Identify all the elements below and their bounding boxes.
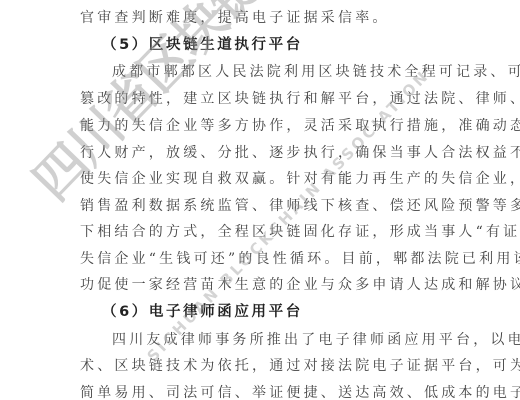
- paragraph-line: 功促使一家经营苗木生意的企业与众多申请人达成和解协议。: [80, 276, 442, 294]
- paragraph-line: 使失信企业实现自救双赢。针对有能力再生产的失信企业，通过企业: [80, 170, 442, 188]
- paragraph-line: 官审查判断难度，提高电子证据采信率。: [80, 9, 442, 27]
- paragraph-line: 销售盈利数据系统监管、律师线下核查、偿还风险预警等多种线上线: [80, 197, 442, 215]
- section-heading-6: （6）电子律师函应用平台: [102, 303, 303, 321]
- paragraph-line: 篡改的特性，建立区块链执行和解平台，通过法院、律师、有再生产: [80, 90, 442, 108]
- paragraph-line: 简单易用、司法可信、举证便捷、送达高效、低成本的电子律师函服: [80, 384, 442, 400]
- paragraph-line: 术、区块链技术为依托，通过对接法院电子证据平台，可为客户提供: [80, 357, 442, 375]
- paragraph-line: 能力的失信企业等多方协作，灵活采取执行措施，准确动态管控被执: [80, 117, 442, 135]
- document-page: 官审查判断难度，提高电子证据采信率。 （5）区块链生道执行平台 成都市郫都区人民…: [0, 0, 520, 400]
- paragraph-line: 成都市郫都区人民法院利用区块链技术全程可记录、可追溯、防: [112, 63, 442, 81]
- section-heading-5: （5）区块链生道执行平台: [102, 36, 303, 54]
- paragraph-line: 下相结合的方式，全程区块链固化存证，形成当事人“有证可查”、: [80, 223, 442, 241]
- paragraph-line: 失信企业“生钱可还”的良性循环。目前，郫都法院已利用该系统成: [80, 250, 442, 268]
- paragraph-line: 行人财产，放缓、分批、逐步执行，确保当事人合法权益不受侵犯，: [80, 144, 442, 162]
- paragraph-line: 四川友成律师事务所推出了电子律师函应用平台，以电子签名技: [112, 331, 442, 349]
